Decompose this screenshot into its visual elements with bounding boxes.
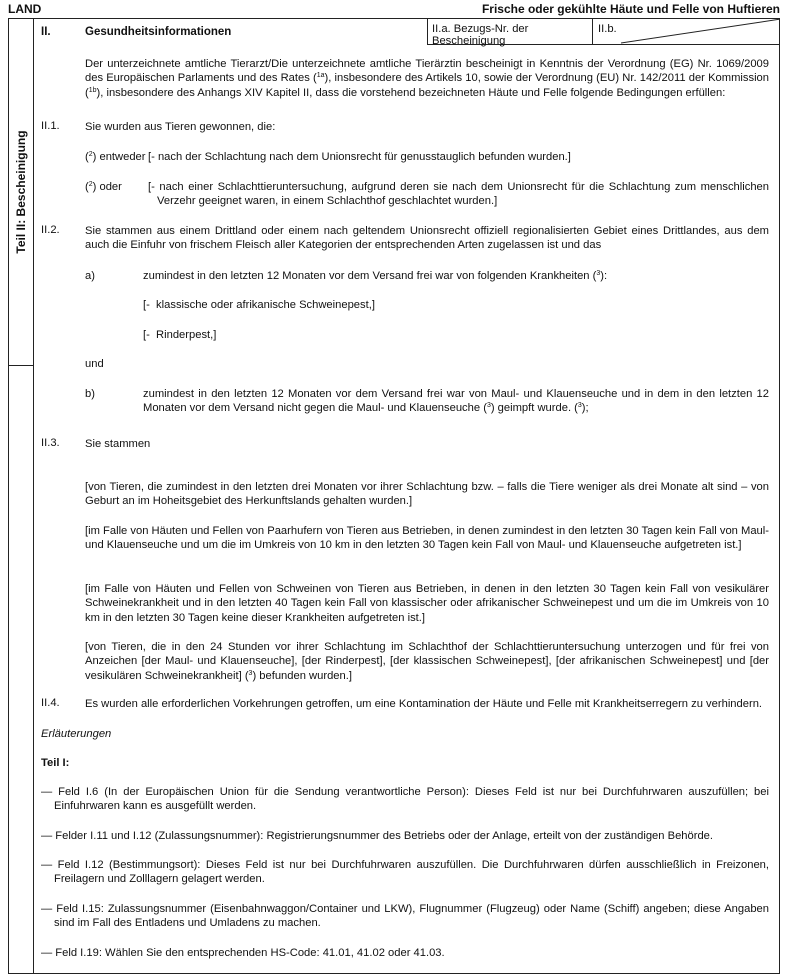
note-item: — Feld I.19: Wählen Sie den entsprechend… xyxy=(41,946,769,960)
section-number: II. xyxy=(41,26,51,38)
ii2-text: Sie stammen aus einem Drittland oder ein… xyxy=(85,224,769,253)
ii1-number: II.1. xyxy=(41,120,60,132)
condition-text: zumindest in den letzten 12 Monaten vor … xyxy=(143,270,596,282)
intro-text-3: ), insbesondere des Anhangs XIV Kapitel … xyxy=(97,87,726,99)
option-text: [von Tieren, die in den 24 Stunden vor i… xyxy=(85,641,769,682)
ii2-und: und xyxy=(85,357,104,371)
notes-heading: Erläuterungen xyxy=(41,727,111,741)
ii1-option2-text: [- nach einer Schlachttieruntersuchung, … xyxy=(148,180,769,209)
condition-text: ) geimpft wurde. ( xyxy=(491,402,578,414)
ii2-number: II.2. xyxy=(41,224,60,236)
iib-label: II.b. xyxy=(598,23,617,35)
condition-text-end: ): xyxy=(600,270,607,282)
ii1-option1-text: [- nach der Schlachtung nach dem Unionsr… xyxy=(148,150,571,164)
condition-text: zumindest in den letzten 12 Monaten vor … xyxy=(143,388,769,414)
option-label: ) oder xyxy=(93,181,122,193)
ii4-text: Es wurden alle erforderlichen Vorkehrung… xyxy=(85,697,762,711)
sidebar: Teil II: Bescheinigung xyxy=(8,18,34,366)
ii3-text: Sie stammen xyxy=(85,437,150,451)
ii3-option-1: [von Tieren, die zumindest in den letzte… xyxy=(85,480,769,509)
ii1-text: Sie wurden aus Tieren gewonnen, die: xyxy=(85,120,275,134)
divider-line xyxy=(33,366,34,974)
option-text: [- nach einer Schlachttieruntersuchung, … xyxy=(148,181,769,207)
ii3-number: II.3. xyxy=(41,437,60,449)
footnote-ref: 1a xyxy=(317,72,325,79)
ii2-b-text: zumindest in den letzten 12 Monaten vor … xyxy=(143,387,769,416)
ii2-a-item-1: [- klassische oder afrikanische Schweine… xyxy=(143,298,375,312)
iib-field[interactable]: II.b. xyxy=(592,18,780,45)
ii3-option-2: [im Falle von Häuten und Fellen von Paar… xyxy=(85,524,769,553)
intro-paragraph: Der unterzeichnete amtliche Tierarzt/Die… xyxy=(85,57,769,100)
ii2-a-label: a) xyxy=(85,269,95,283)
country-label: LAND xyxy=(8,2,41,16)
diagonal-strike-icon xyxy=(593,18,780,45)
sidebar-label: Teil II: Bescheinigung xyxy=(14,130,28,253)
ii4-number: II.4. xyxy=(41,697,60,709)
ii2-b-label: b) xyxy=(85,387,95,401)
ii3-option-4: [von Tieren, die in den 24 Stunden vor i… xyxy=(85,640,769,683)
reference-number-label: II.a. Bezugs-Nr. der Bescheinigung xyxy=(432,23,528,47)
ii3-option-3: [im Falle von Häuten und Fellen von Schw… xyxy=(85,582,769,625)
option-label: ) entweder xyxy=(93,151,146,163)
note-item: — Feld I.15: Zulassungsnummer (Eisenbahn… xyxy=(41,902,769,931)
note-item: — Felder I.11 und I.12 (Zulassungsnummer… xyxy=(41,829,769,843)
option-text-end: ) befunden wurden.] xyxy=(252,670,352,682)
footnote-ref: 1b xyxy=(89,87,97,94)
note-item: — Feld I.6 (In der Europäischen Union fü… xyxy=(41,785,769,814)
reference-number-field[interactable]: II.a. Bezugs-Nr. der Bescheinigung xyxy=(427,18,593,45)
ii2-a-text: zumindest in den letzten 12 Monaten vor … xyxy=(143,269,607,283)
notes-part-label: Teil I: xyxy=(41,756,69,770)
ii1-option2-label: (2) oder xyxy=(85,180,122,194)
ii2-a-item-2: [- Rinderpest,] xyxy=(143,328,216,342)
note-item: — Feld I.12 (Bestimmungsort): Dieses Fel… xyxy=(41,858,769,887)
document-title: Frische oder gekühlte Häute und Felle vo… xyxy=(482,2,780,16)
ii1-option1-label: (2) entweder xyxy=(85,150,146,164)
condition-text: ); xyxy=(582,402,589,414)
section-title: Gesundheitsinformationen xyxy=(85,26,231,38)
